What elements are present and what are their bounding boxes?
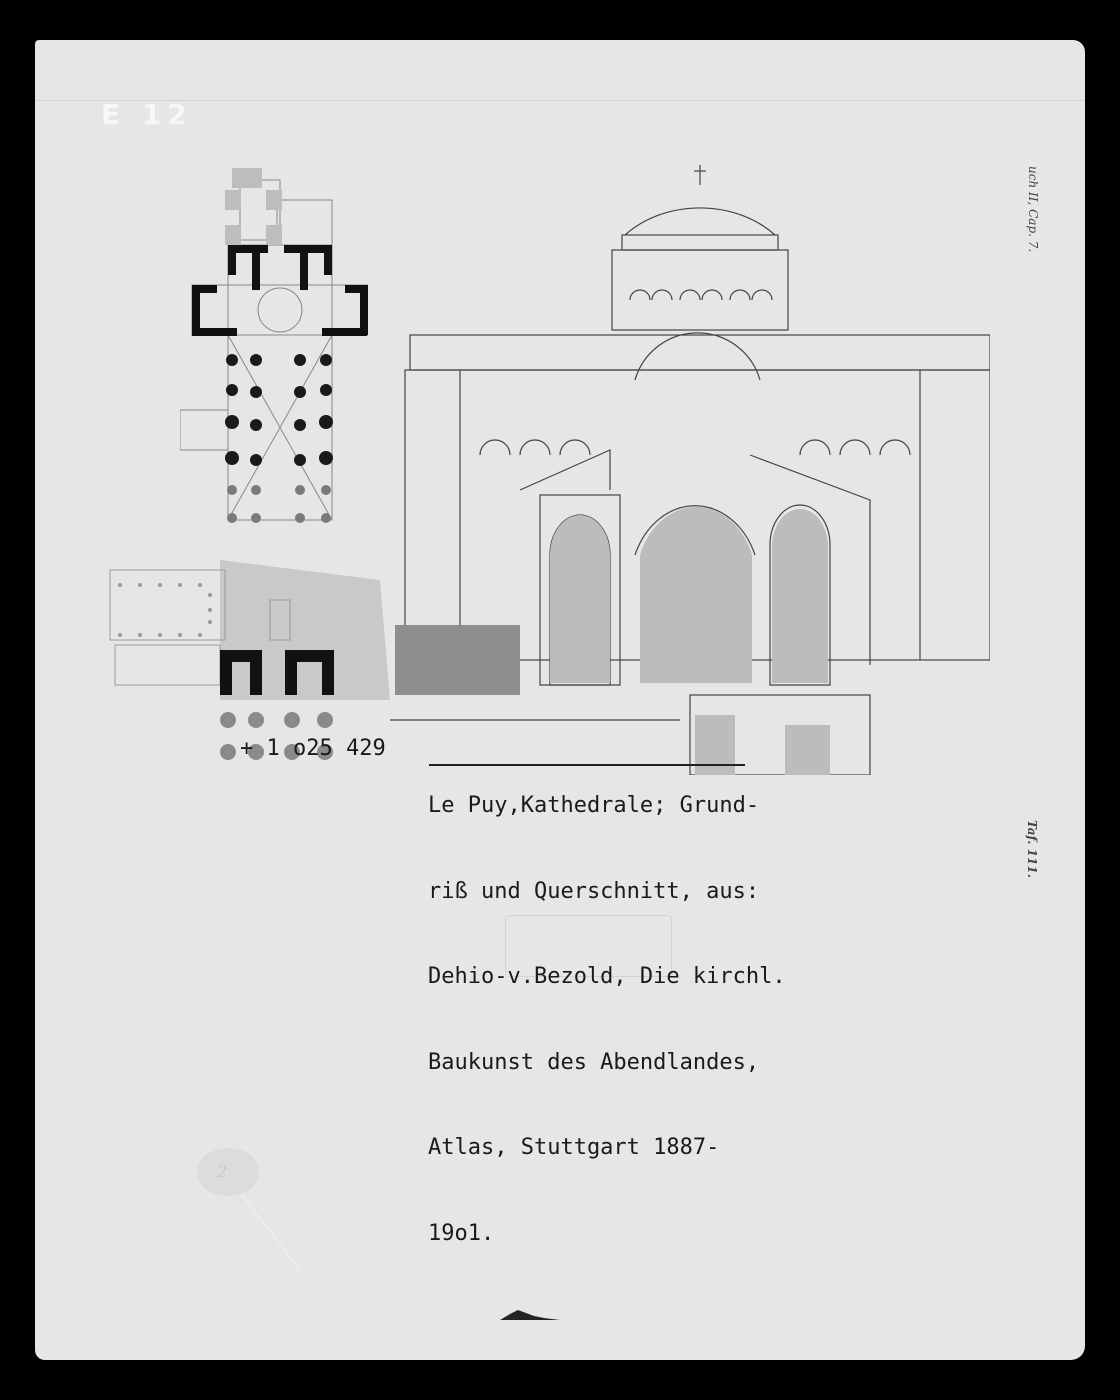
caption-line: riß und Querschnitt, aus:	[428, 878, 786, 907]
caption-line: 19o1.	[428, 1220, 786, 1249]
edge-debris	[500, 1308, 580, 1320]
caption-line: Dehio-v.Bezold, Die kirchl.	[428, 963, 786, 992]
catalog-number: + 1 o25 429	[240, 735, 386, 764]
smudge-mark: 2	[197, 1148, 259, 1196]
caption-line: Le Puy,Kathedrale; Grund-	[428, 792, 786, 821]
card-stamp: E 12	[101, 98, 193, 131]
side-note-chapter: uch II, Cap. 7.	[1026, 166, 1040, 252]
side-note-plate: Taf. 111.	[1025, 820, 1039, 878]
caption-line: Atlas, Stuttgart 1887-	[428, 1134, 786, 1163]
caption-text: Le Puy,Kathedrale; Grund- riß und Quersc…	[428, 735, 786, 1305]
cross-section-drawing	[390, 155, 990, 775]
caption-block: + 1 o25 429 Le Puy,Kathedrale; Grund- ri…	[240, 735, 267, 849]
caption-line: Baukunst des Abendlandes,	[428, 1049, 786, 1078]
floor-plan-upper	[180, 160, 380, 530]
